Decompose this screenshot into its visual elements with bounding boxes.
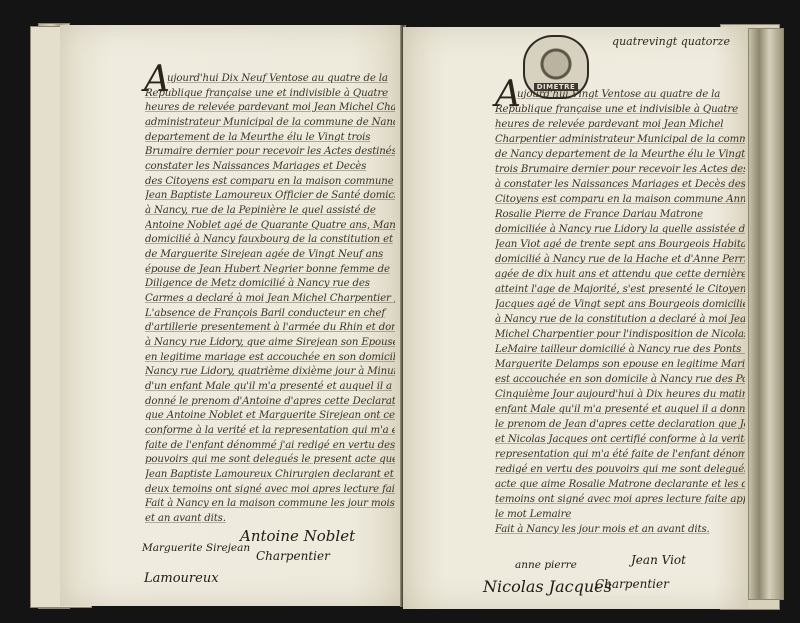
line-text: faite de l'enfant dénommé j'ai redigé en… xyxy=(145,440,395,451)
handwritten-line: d'artillerie presentement à l'armée du R… xyxy=(145,321,395,336)
handwritten-line: Fait à Nancy en la maison commune les jo… xyxy=(145,497,395,512)
line-text: agée de dix huit ans et attendu que cett… xyxy=(495,269,745,280)
handwritten-line: L'absence de François Baril conducteur e… xyxy=(145,307,395,322)
line-text: Jacques agé de Vingt sept ans Bourgeois … xyxy=(495,299,745,310)
handwritten-line: de Marguerite Sirejean agée de Vingt Neu… xyxy=(145,248,395,263)
line-text: enfant Male qu'il m'a presenté et auquel… xyxy=(495,404,745,415)
line-text: heures de relevée pardevant moi Jean Mic… xyxy=(495,119,723,130)
handwritten-line: temoins ont signé avec moi apres lecture… xyxy=(495,492,745,507)
line-text: Citoyens est comparu en la maison commun… xyxy=(495,194,745,205)
handwritten-line: et an avant dits. xyxy=(145,512,395,527)
line-text: en legitime mariage est accouchée en son… xyxy=(145,352,395,363)
handwritten-line: Rosalie Pierre de France Dariau Matrone xyxy=(495,207,745,222)
handwritten-line: Carmes a declaré à moi Jean Michel Charp… xyxy=(145,292,395,307)
handwritten-line: et Nicolas Jacques ont certifié conforme… xyxy=(495,432,745,447)
handwritten-line: Jacques agé de Vingt sept ans Bourgeois … xyxy=(495,297,745,312)
handwritten-line: domicilié à Nancy fauxbourg de la consti… xyxy=(145,233,395,248)
line-text: redigé en vertu des pouvoirs qui me sont… xyxy=(495,464,745,475)
line-text: que Antoine Noblet et Marguerite Sirejea… xyxy=(145,410,395,421)
handwritten-line: le prenom de Jean d'apres cette declarat… xyxy=(495,417,745,432)
handwritten-line: conforme à la verité et la representatio… xyxy=(145,424,395,439)
open-register-book: — — — — — — — A ujourd'hui Dix Neuf Vent… xyxy=(0,0,800,623)
left-page: — — — — — — — A ujourd'hui Dix Neuf Vent… xyxy=(60,25,403,606)
signature-antoine-noblet: Antoine Noblet xyxy=(240,527,355,545)
line-text: Michel Charpentier pour l'indisposition … xyxy=(495,329,745,340)
handwritten-line: redigé en vertu des pouvoirs qui me sont… xyxy=(495,462,745,477)
handwritten-line: Nancy rue Lidory, quatrième dixième jour… xyxy=(145,365,395,380)
handwritten-line: le mot Lemaire xyxy=(495,507,745,522)
handwritten-line: donné le prenom d'Antoine d'apres cette … xyxy=(145,395,395,410)
line-text: est accouchée en son domicile à Nancy ru… xyxy=(495,374,745,385)
signature-charpentier-left: Charpentier xyxy=(256,549,330,563)
line-text: d'un enfant Male qu'il m'a presenté et a… xyxy=(145,381,392,392)
right-record-text: ujourd'hui Vingt Ventose au quatre de la… xyxy=(495,87,745,537)
signature-lamoureux: Lamoureux xyxy=(144,571,219,586)
handwritten-line: Republique française une et indivisible … xyxy=(145,87,395,102)
folio-number: quatrevingt quatorze xyxy=(612,35,730,48)
handwritten-line: domiciliée à Nancy rue Lidory la quelle … xyxy=(495,222,745,237)
line-text: Fait à Nancy en la maison commune les jo… xyxy=(145,498,395,509)
handwritten-line: à Nancy rue de la constitution a declaré… xyxy=(495,312,745,327)
line-text: et an avant dits. xyxy=(145,513,226,524)
line-text: representation qui m'a été faite de l'en… xyxy=(495,449,745,460)
handwritten-line: heures de relevée pardevant moi Jean Mic… xyxy=(145,101,395,116)
handwritten-line: faite de l'enfant dénommé j'ai redigé en… xyxy=(145,439,395,454)
line-text: domiciliée à Nancy rue Lidory la quelle … xyxy=(495,224,745,235)
line-text: Cinquième Jour aujourd'hui à Dix heures … xyxy=(495,389,745,400)
handwritten-line: Citoyens est comparu en la maison commun… xyxy=(495,192,745,207)
line-text: L'absence de François Baril conducteur e… xyxy=(145,308,385,319)
handwritten-line: en legitime mariage est accouchée en son… xyxy=(145,351,395,366)
handwritten-line: à constater les Naissances Mariages et D… xyxy=(495,177,745,192)
handwritten-line: enfant Male qu'il m'a presenté et auquel… xyxy=(495,402,745,417)
line-text: à Nancy rue de la constitution a declaré… xyxy=(495,314,745,325)
handwritten-line: Michel Charpentier pour l'indisposition … xyxy=(495,327,745,342)
handwritten-line: que Antoine Noblet et Marguerite Sirejea… xyxy=(145,409,395,424)
right-page-stack-edge xyxy=(748,28,784,600)
line-text: Jean Baptiste Lamoureux Officier de Sant… xyxy=(145,190,395,201)
handwritten-line: pouvoirs qui me sont delegués le present… xyxy=(145,453,395,468)
handwritten-line: Republique française une et indivisible … xyxy=(495,102,745,117)
line-text: trois Brumaire dernier pour recevoir les… xyxy=(495,164,745,175)
line-text: Republique française une et indivisible … xyxy=(495,104,738,115)
handwritten-line: Jean Baptiste Lamoureux Chirurgien decla… xyxy=(145,468,395,483)
handwritten-line: Fait à Nancy les jour mois et an avant d… xyxy=(495,522,745,537)
handwritten-line: acte que aime Rosalie Matrone declarante… xyxy=(495,477,745,492)
signature-jean-viot: Jean Viot xyxy=(631,553,686,567)
right-page: quatrevingt quatorze DIMETRE A ujourd'hu… xyxy=(403,27,748,609)
line-text: pouvoirs qui me sont delegués le present… xyxy=(145,454,395,465)
handwritten-line: LeMaire tailleur domicilié à Nancy rue d… xyxy=(495,342,745,357)
handwritten-line: constater les Naissances Mariages et Dec… xyxy=(145,160,395,175)
line-text: LeMaire tailleur domicilié à Nancy rue d… xyxy=(495,344,745,355)
line-text: d'artillerie presentement à l'armée du R… xyxy=(145,322,395,333)
line-text: departement de la Meurthe élu le Vingt t… xyxy=(145,132,370,143)
line-text: à Nancy, rue de la Pepinière le quel ass… xyxy=(145,205,376,216)
line-text: le prenom de Jean d'apres cette declarat… xyxy=(495,419,745,430)
signature-marguerite-sirejean: Marguerite Sirejean xyxy=(142,542,250,554)
line-text: Antoine Noblet agé de Quarante Quatre an… xyxy=(145,220,395,231)
line-text: Charpentier administrateur Municipal de … xyxy=(495,134,745,145)
line-text: des Citoyens est comparu en la maison co… xyxy=(145,176,394,187)
line-text: heures de relevée pardevant moi Jean Mic… xyxy=(145,102,395,113)
handwritten-line: heures de relevée pardevant moi Jean Mic… xyxy=(495,117,745,132)
handwritten-line: ujourd'hui Dix Neuf Ventose au quatre de… xyxy=(145,72,395,87)
signature-charpentier-right: Charpentier xyxy=(595,577,669,591)
line-text: à constater les Naissances Mariages et D… xyxy=(495,179,745,190)
line-text: Marguerite Delamps son epouse en legitim… xyxy=(495,359,745,370)
line-text: à Nancy rue Lidory, que aime Sirejean so… xyxy=(145,337,395,348)
handwritten-line: épouse de Jean Hubert Negrier bonne femm… xyxy=(145,263,395,278)
line-text: épouse de Jean Hubert Negrier bonne femm… xyxy=(145,264,390,275)
line-text: le mot Lemaire xyxy=(495,509,571,520)
handwritten-line: domicilié à Nancy rue de la Hache et d'A… xyxy=(495,252,745,267)
handwritten-line: Charpentier administrateur Municipal de … xyxy=(495,132,745,147)
line-text: administrateur Municipal de la commune d… xyxy=(145,117,395,128)
line-text: acte que aime Rosalie Matrone declarante… xyxy=(495,479,745,490)
handwritten-line: atteint l'age de Majorité, s'est present… xyxy=(495,282,745,297)
handwritten-line: Marguerite Delamps son epouse en legitim… xyxy=(495,357,745,372)
handwritten-line: ujourd'hui Vingt Ventose au quatre de la xyxy=(495,87,745,102)
line-text: Jean Baptiste Lamoureux Chirurgien decla… xyxy=(145,469,395,480)
handwritten-line: à Nancy rue Lidory, que aime Sirejean so… xyxy=(145,336,395,351)
handwritten-line: deux temoins ont signé avec moi apres le… xyxy=(145,483,395,498)
handwritten-line: des Citoyens est comparu en la maison co… xyxy=(145,175,395,190)
line-text: atteint l'age de Majorité, s'est present… xyxy=(495,284,745,295)
handwritten-line: d'un enfant Male qu'il m'a presenté et a… xyxy=(145,380,395,395)
line-text: deux temoins ont signé avec moi apres le… xyxy=(145,484,395,495)
signature-nicolas-jacques: Nicolas Jacques xyxy=(483,577,612,596)
line-text: de Marguerite Sirejean agée de Vingt Neu… xyxy=(145,249,383,260)
line-text: Brumaire dernier pour recevoir les Actes… xyxy=(145,146,395,157)
line-text: de Nancy departement de la Meurthe élu l… xyxy=(495,149,745,160)
line-text: domicilié à Nancy rue de la Hache et d'A… xyxy=(495,254,745,265)
left-record-text: ujourd'hui Dix Neuf Ventose au quatre de… xyxy=(145,72,395,527)
handwritten-line: Jean Viot agé de trente sept ans Bourgeo… xyxy=(495,237,745,252)
handwritten-line: agée de dix huit ans et attendu que cett… xyxy=(495,267,745,282)
line-text: donné le prenom d'Antoine d'apres cette … xyxy=(145,396,395,407)
line-text: Carmes a declaré à moi Jean Michel Charp… xyxy=(145,293,395,304)
handwritten-line: est accouchée en son domicile à Nancy ru… xyxy=(495,372,745,387)
line-text: constater les Naissances Mariages et Dec… xyxy=(145,161,366,172)
line-text: Nancy rue Lidory, quatrième dixième jour… xyxy=(145,366,395,377)
line-text: Rosalie Pierre de France Dariau Matrone xyxy=(495,209,703,220)
handwritten-line: Diligence de Metz domicilié à Nancy rue … xyxy=(145,277,395,292)
handwritten-line: representation qui m'a été faite de l'en… xyxy=(495,447,745,462)
line-text: et Nicolas Jacques ont certifié conforme… xyxy=(495,434,745,445)
handwritten-line: Brumaire dernier pour recevoir les Actes… xyxy=(145,145,395,160)
handwritten-line: Cinquième Jour aujourd'hui à Dix heures … xyxy=(495,387,745,402)
line-text: ujourd'hui Dix Neuf Ventose au quatre de… xyxy=(167,73,388,84)
line-text: Fait à Nancy les jour mois et an avant d… xyxy=(495,524,710,535)
line-text: temoins ont signé avec moi apres lecture… xyxy=(495,494,745,505)
handwritten-line: de Nancy departement de la Meurthe élu l… xyxy=(495,147,745,162)
signature-anne-pierre: anne pierre xyxy=(515,559,577,571)
handwritten-line: administrateur Municipal de la commune d… xyxy=(145,116,395,131)
line-text: Jean Viot agé de trente sept ans Bourgeo… xyxy=(495,239,745,250)
line-text: Republique française une et indivisible … xyxy=(145,88,388,99)
line-text: domicilié à Nancy fauxbourg de la consti… xyxy=(145,234,393,245)
handwritten-line: Jean Baptiste Lamoureux Officier de Sant… xyxy=(145,189,395,204)
line-text: ujourd'hui Vingt Ventose au quatre de la xyxy=(517,89,720,100)
handwritten-line: à Nancy, rue de la Pepinière le quel ass… xyxy=(145,204,395,219)
handwritten-line: Antoine Noblet agé de Quarante Quatre an… xyxy=(145,219,395,234)
line-text: Diligence de Metz domicilié à Nancy rue … xyxy=(145,278,370,289)
line-text: conforme à la verité et la representatio… xyxy=(145,425,395,436)
handwritten-line: departement de la Meurthe élu le Vingt t… xyxy=(145,131,395,146)
handwritten-line: trois Brumaire dernier pour recevoir les… xyxy=(495,162,745,177)
